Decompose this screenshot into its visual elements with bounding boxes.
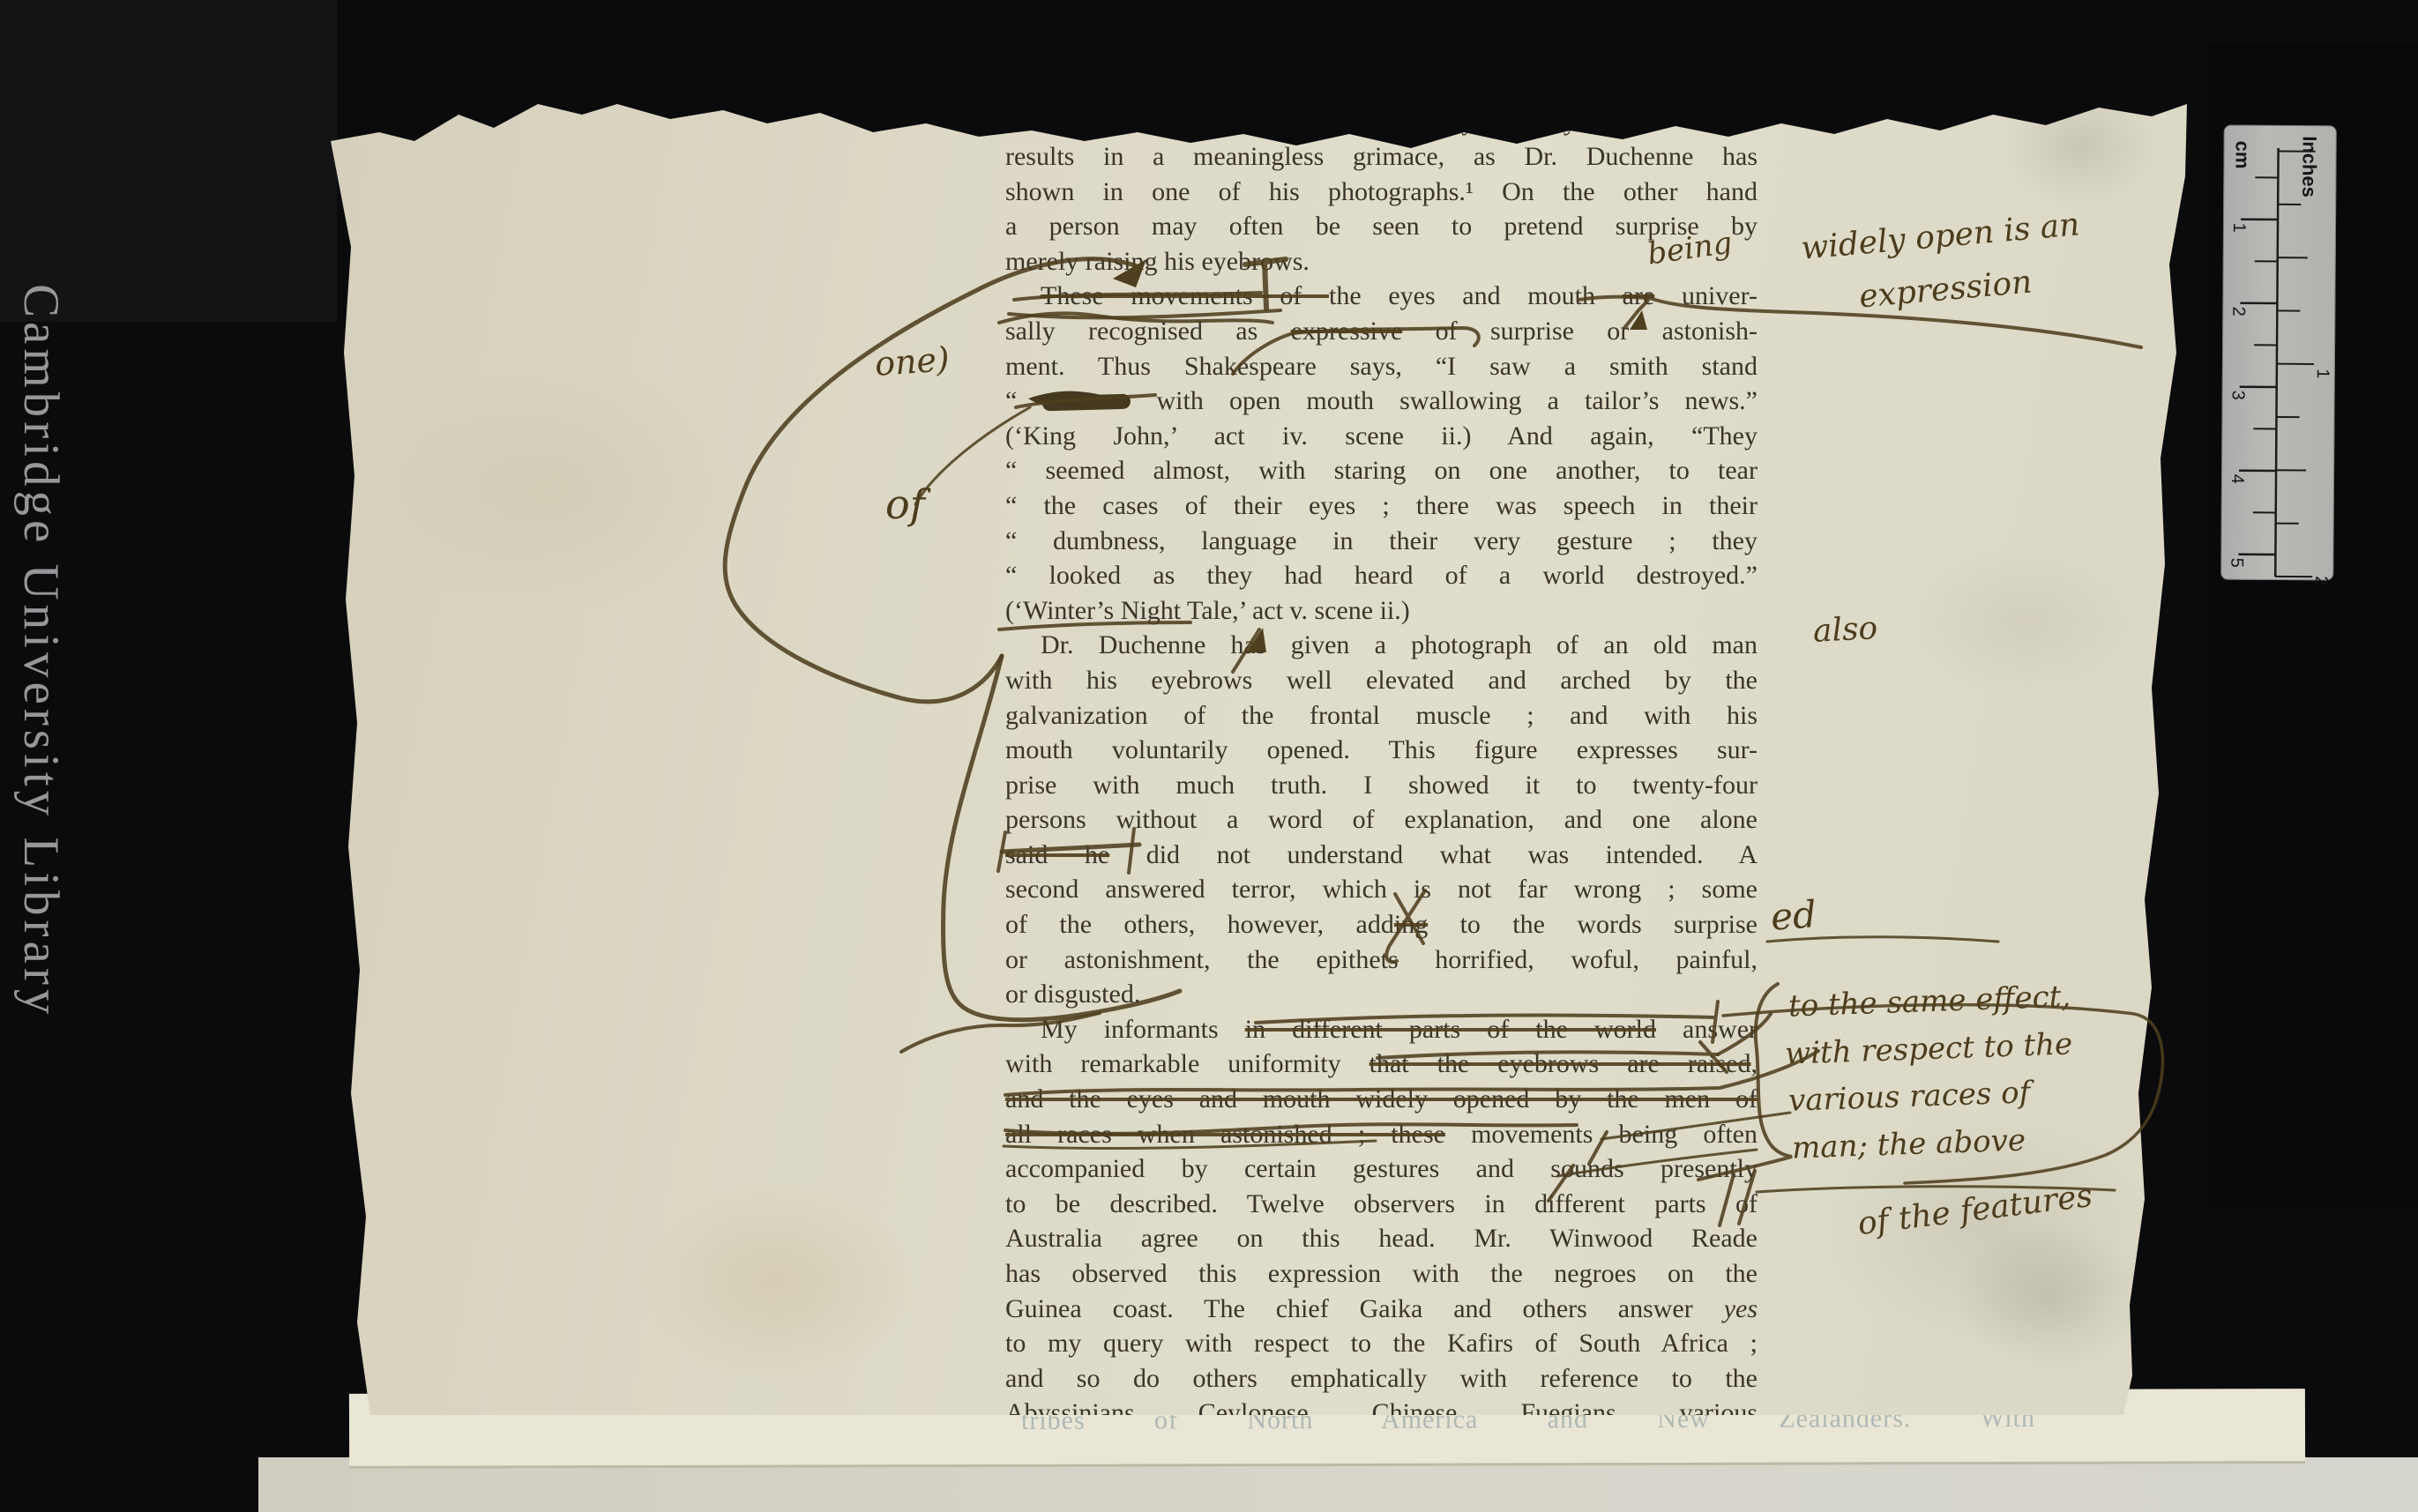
printed-segment: results in a meaningless grimace, as Dr.… xyxy=(1005,142,1758,171)
printed-line: My informants in different parts of the … xyxy=(1005,1012,1758,1047)
scan-canvas: Cambridge University Library tribes of N… xyxy=(0,0,2418,1512)
printed-segment: with open mouth swallowing a tailor’s ne… xyxy=(1131,386,1758,415)
printed-line: “ the cases of their eyes ; there was sp… xyxy=(1005,488,1758,524)
printed-segment: ment. Thus Shakespeare says, “I saw a sm… xyxy=(1005,352,1758,381)
printed-segment: “ xyxy=(1005,386,1042,415)
printed-line: and so do others emphatically with refer… xyxy=(1005,1361,1758,1397)
printed-line: (‘King John,’ act iv. scene ii.) And aga… xyxy=(1005,419,1758,454)
printed-line: “ seemed almost, with staring on one ano… xyxy=(1005,453,1758,488)
printed-line: or disgusted. xyxy=(1005,977,1758,1012)
printed-segment: with remarkable uniformity xyxy=(1005,1049,1369,1078)
printed-segment: to the words surprise xyxy=(1428,910,1758,939)
printed-line: shown in one of his photographs.¹ On the… xyxy=(1005,175,1758,210)
printed-line: sally recognised as expressive of surpri… xyxy=(1005,314,1758,349)
printed-segment: yes xyxy=(1724,1294,1758,1323)
printed-line: “ dumbness, language in their very gestu… xyxy=(1005,524,1758,559)
ruler-ticks xyxy=(2220,125,2337,581)
annotation-ed: ed xyxy=(1769,892,1817,938)
printed-line: galvanization of the frontal muscle ; an… xyxy=(1005,698,1758,734)
printed-segment: are xyxy=(1623,281,1655,310)
printed-segment: with his eyebrows well elevated and arch… xyxy=(1005,666,1758,695)
printed-line: or astonishment, the epithets horrified,… xyxy=(1005,942,1758,978)
printed-segment: Australia agree on this head. Mr. Winwoo… xyxy=(1005,1224,1758,1253)
printed-segment: prise with much truth. I showed it to tw… xyxy=(1005,771,1758,800)
printed-segment: that the eyebrows are raised xyxy=(1369,1049,1751,1078)
printed-segment: accompanied by certain gestures and soun… xyxy=(1005,1154,1758,1183)
library-watermark: Cambridge University Library xyxy=(12,284,70,1254)
printed-line: to be described. Twelve observers in dif… xyxy=(1005,1187,1758,1222)
printed-line: Guinea coast. The chief Gaika and others… xyxy=(1005,1292,1758,1327)
ruler-inch-number: 1 xyxy=(2312,369,2332,378)
printed-segment: These movements of xyxy=(1041,281,1329,310)
printed-line: merely raising his eyebrows. xyxy=(1005,244,1758,279)
printed-segment: sally recognised as xyxy=(1005,317,1291,346)
printed-line: to my query with respect to the Kafirs o… xyxy=(1005,1326,1758,1361)
printed-segment: and the eyes and mouth widely opened by … xyxy=(1005,1084,1758,1114)
fingerprint-smudge xyxy=(2002,84,2161,207)
printed-segment: did not understand what was intended. A xyxy=(1109,840,1758,869)
ruler-cm-number: 2 xyxy=(2228,307,2248,317)
printed-line: “ looked as they had heard of a world de… xyxy=(1005,558,1758,593)
ruler-cm-number: 1 xyxy=(2228,223,2249,233)
printed-segment: of the others, however, add xyxy=(1005,910,1394,939)
printed-segment: My informants xyxy=(1041,1015,1245,1044)
printed-segment: expressive xyxy=(1291,317,1403,346)
printed-line: second answered terror, which is not far… xyxy=(1005,872,1758,907)
printed-line: has observed this expression with the ne… xyxy=(1005,1256,1758,1292)
printed-line: prise with much truth. I showed it to tw… xyxy=(1005,768,1758,803)
printed-segment: “ the cases of their eyes ; there was sp… xyxy=(1005,491,1758,520)
inked-out-word xyxy=(1042,394,1131,412)
printed-line: Dr. Duchenne has given a photograph of a… xyxy=(1005,628,1758,663)
printed-line: mouth voluntarily opened. This figure ex… xyxy=(1005,733,1758,768)
printed-segment: second answered terror, which is not far… xyxy=(1005,875,1758,904)
printed-segment: merely raising his eyebrows. xyxy=(1005,247,1310,276)
printed-segment: shown in one of his photographs.¹ On the… xyxy=(1005,177,1758,206)
printed-segment: all races when astonished ; these xyxy=(1005,1120,1445,1149)
printed-segment: “ looked as they had heard of a world de… xyxy=(1005,561,1758,590)
printed-segment: in different parts of the world xyxy=(1245,1015,1656,1044)
background-cloth-seam xyxy=(0,0,337,322)
annotation-one: one) xyxy=(874,339,952,384)
printed-line: with his eyebrows well elevated and arch… xyxy=(1005,663,1758,698)
printed-segment: persons without a word of explanation, a… xyxy=(1005,805,1758,834)
ruler-cm-number: 3 xyxy=(2228,391,2248,400)
printed-segment: or disgusted. xyxy=(1005,979,1140,1009)
printed-line: results in a meaningless grimace, as Dr.… xyxy=(1005,139,1758,175)
printed-line: and the eyes and mouth widely opened by … xyxy=(1005,1082,1758,1117)
printed-segment: ing xyxy=(1394,910,1428,939)
printed-line: These movements of the eyes and mouth ar… xyxy=(1005,279,1758,314)
printed-segment: answer xyxy=(1656,1015,1758,1044)
printed-segment: to my query with respect to the Kafirs o… xyxy=(1005,1329,1758,1358)
printed-segment: to be described. Twelve observers in dif… xyxy=(1005,1189,1758,1218)
printed-segment: and so do others emphatically with refer… xyxy=(1005,1364,1758,1393)
printed-segment: movements being often xyxy=(1445,1120,1758,1149)
printed-line: “ with open mouth swallowing a tailor’s … xyxy=(1005,384,1758,419)
printed-line: Australia agree on this head. Mr. Winwoo… xyxy=(1005,1221,1758,1256)
printed-segment: said he xyxy=(1005,840,1109,869)
printed-segment: Dr. Duchenne has given a photograph of a… xyxy=(1041,630,1758,659)
ruler-inch-number: 2 xyxy=(2310,576,2331,585)
scale-ruler: cm Inches 1234512 xyxy=(2220,125,2337,581)
printed-segment: (‘Winter’s Night Tale,’ act v. scene ii.… xyxy=(1005,596,1410,625)
printed-segment: (‘King John,’ act iv. scene ii.) And aga… xyxy=(1005,421,1758,451)
ruler-cm-number: 4 xyxy=(2227,474,2247,484)
printed-line: with remarkable uniformity that the eyeb… xyxy=(1005,1046,1758,1082)
printed-segment: the eyes and mouth xyxy=(1329,281,1623,310)
printed-line: persons without a word of explanation, a… xyxy=(1005,802,1758,838)
printed-segment: of surprise or astonish- xyxy=(1402,317,1758,346)
printed-line: all races when astonished ; these moveme… xyxy=(1005,1117,1758,1152)
printed-line: accompanied by certain gestures and soun… xyxy=(1005,1151,1758,1187)
printed-segment: , xyxy=(1751,1049,1758,1078)
printed-segment: Guinea coast. The chief Gaika and others… xyxy=(1005,1294,1724,1323)
printed-segment: “ seemed almost, with staring on one ano… xyxy=(1005,456,1758,485)
printed-segment: “ dumbness, language in their very gestu… xyxy=(1005,526,1758,555)
annotation-also: also xyxy=(1812,610,1878,650)
ruler-cm-number: 5 xyxy=(2226,558,2246,568)
printed-segment: galvanization of the frontal muscle ; an… xyxy=(1005,701,1758,730)
printed-line: ment. Thus Shakespeare says, “I saw a sm… xyxy=(1005,349,1758,384)
torn-partial-line: only slightly xyxy=(1422,107,1578,137)
annotation-of: of xyxy=(885,480,925,528)
printed-segment: mouth voluntarily opened. This figure ex… xyxy=(1005,735,1758,764)
printed-text: results in a meaningless grimace, as Dr.… xyxy=(1005,139,1758,1431)
fingerprint-smudge xyxy=(1953,1221,2147,1371)
printed-line: (‘Winter’s Night Tale,’ act v. scene ii.… xyxy=(1005,593,1758,629)
printed-segment: or astonishment, the epithets horrified,… xyxy=(1005,945,1758,974)
printed-line: of the others, however, adding to the wo… xyxy=(1005,907,1758,942)
printed-segment: has observed this expression with the ne… xyxy=(1005,1259,1758,1288)
printed-segment: univer- xyxy=(1654,281,1758,310)
printed-line: said he did not understand what was inte… xyxy=(1005,838,1758,873)
